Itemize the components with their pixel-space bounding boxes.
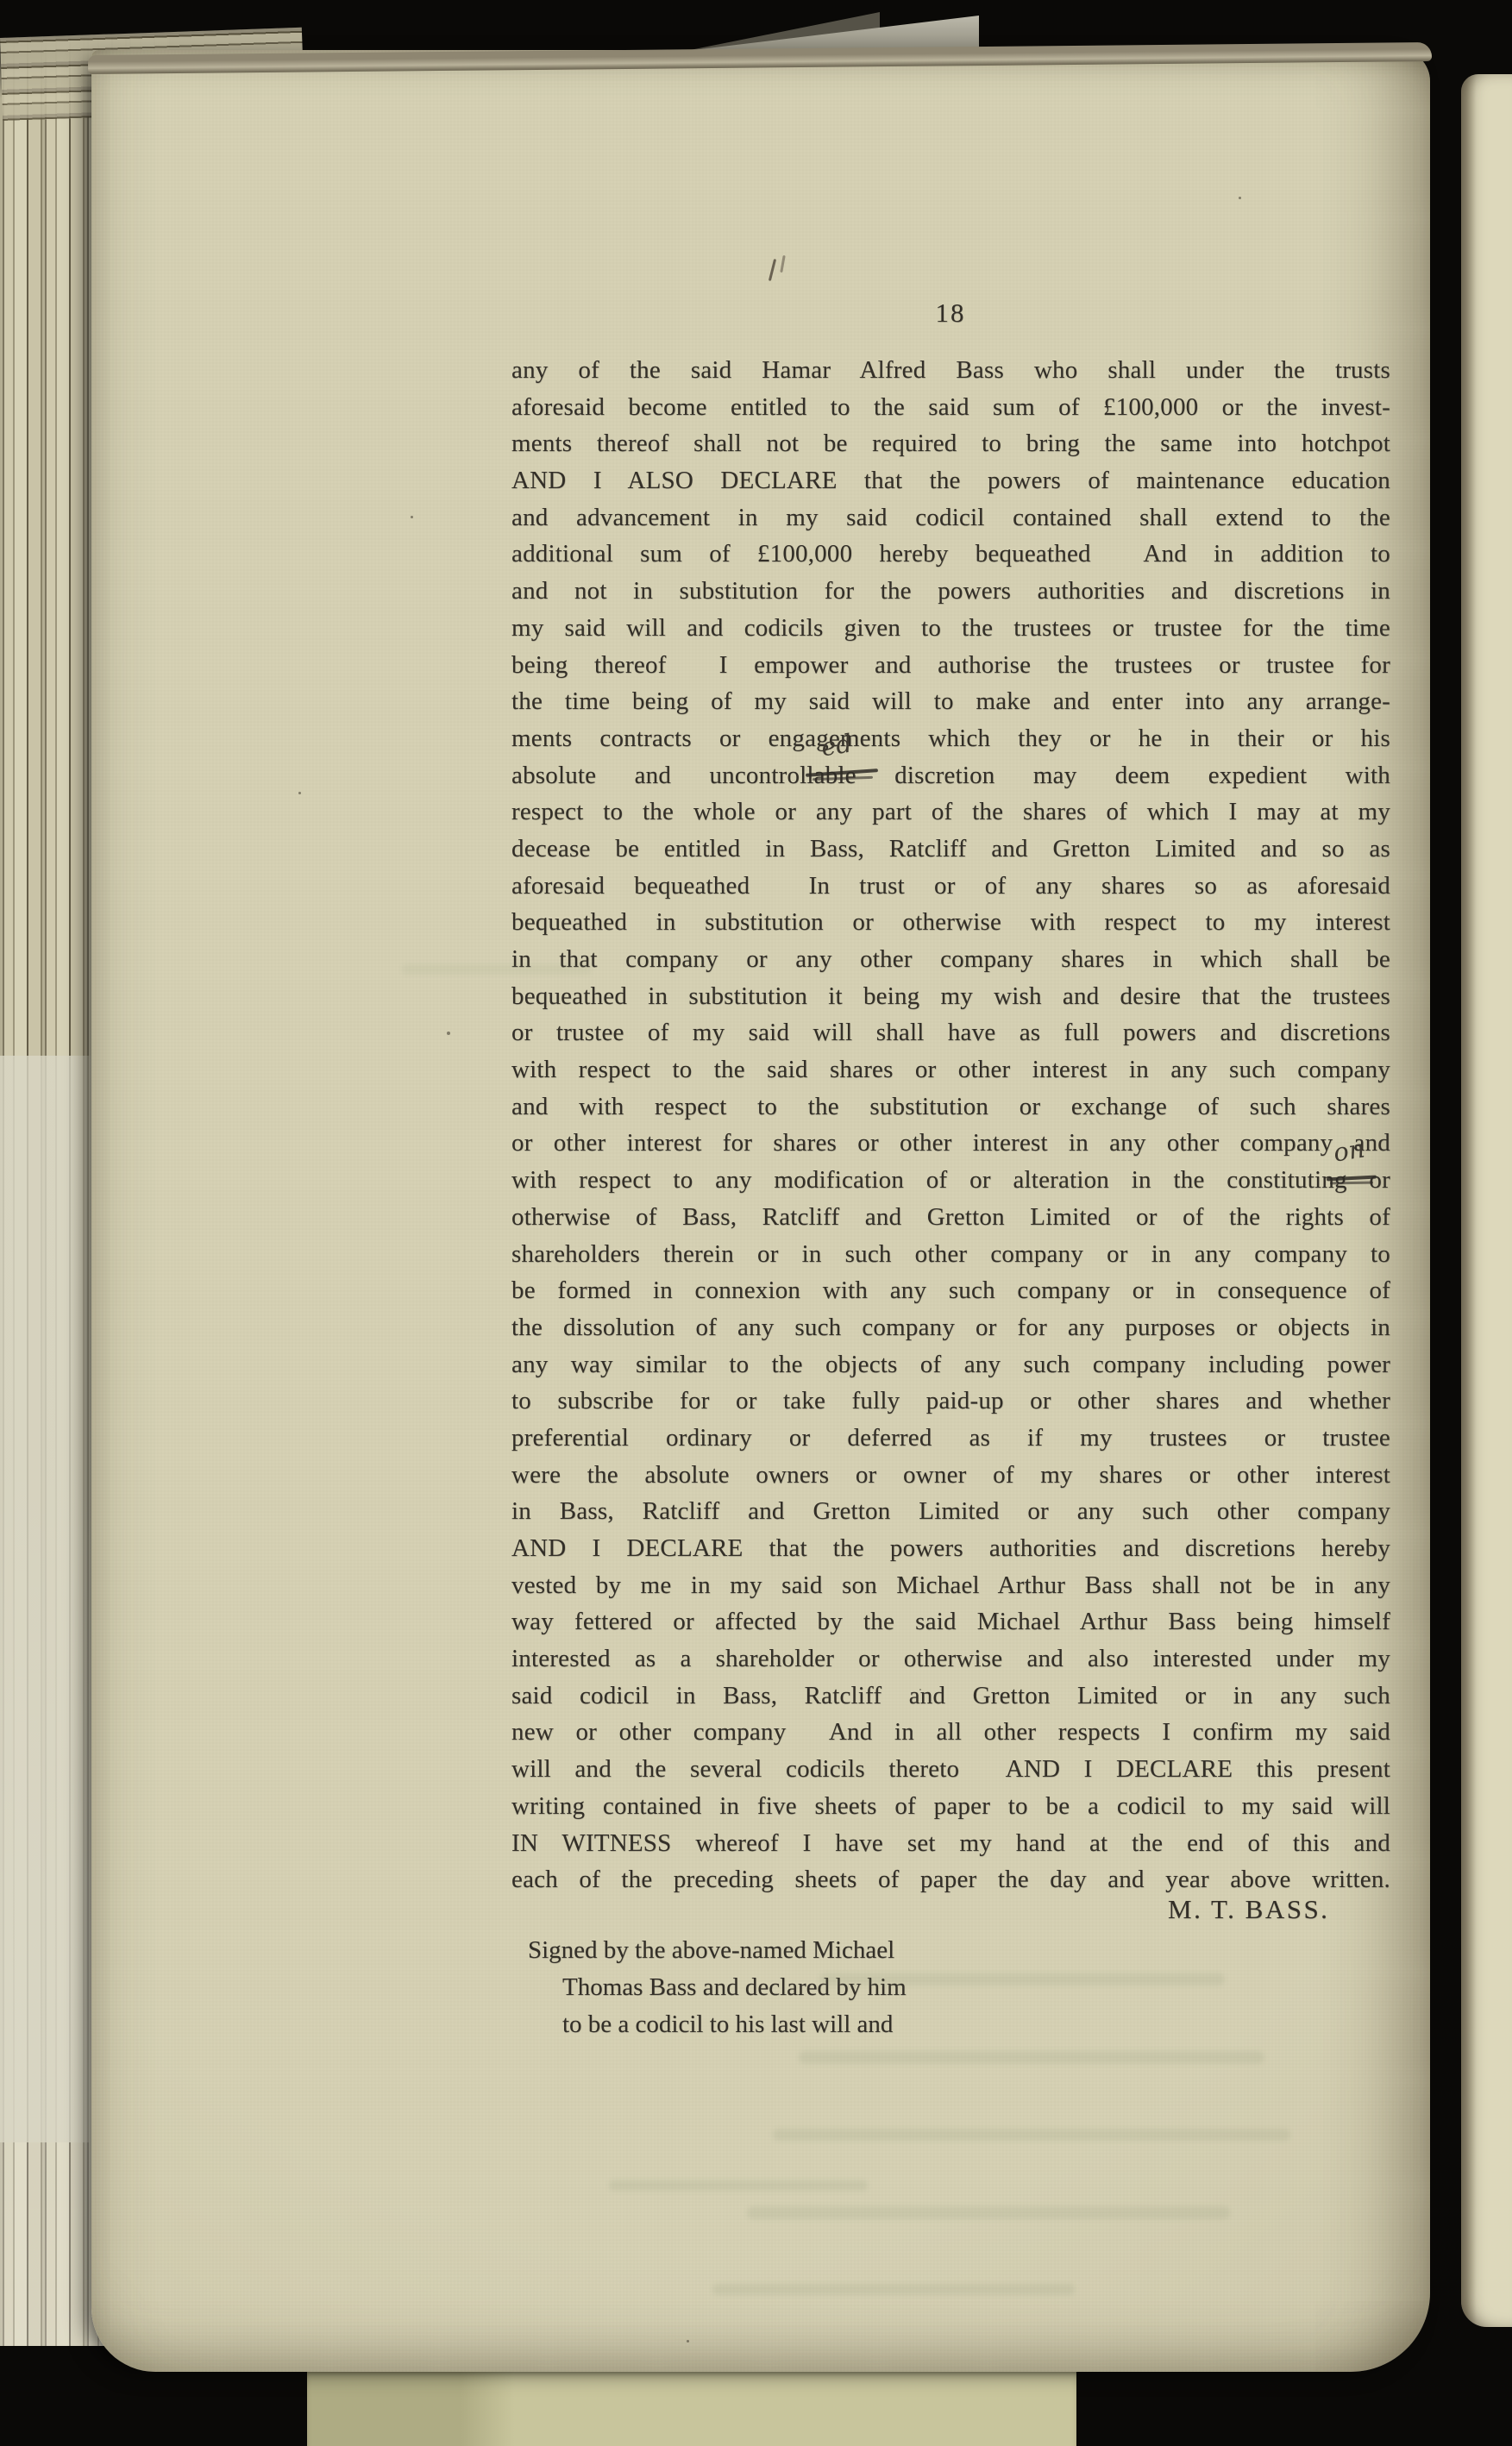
text-line: shareholders therein or in such other co… [511, 1236, 1390, 1273]
text-line: said codicil in Bass, Ratcliff and Grett… [511, 1678, 1390, 1715]
text-line: my said will and codicils given to the t… [511, 610, 1390, 647]
text-line: any way similar to the objects of any su… [511, 1346, 1390, 1383]
ink-bleedthrough [402, 964, 592, 975]
book-page: 18 any of the said Hamar Alfred Bass who… [91, 50, 1430, 2372]
ink-bleedthrough [819, 1973, 1225, 1985]
paper-speck [447, 1032, 450, 1035]
text-line: being thereof I empower and authorise th… [511, 647, 1390, 684]
facing-page-fore-edge [1461, 74, 1512, 2327]
handwritten-correction: ed [819, 731, 854, 760]
text-line: decease be entitled in Bass, Ratcliff an… [511, 831, 1390, 868]
folio-number: 18 [911, 298, 990, 329]
ink-mark [780, 255, 785, 273]
text-line: interested as a shareholder or otherwise… [511, 1640, 1390, 1678]
text-line: with respect to any modification of or a… [511, 1162, 1390, 1199]
text-line: writing contained in five sheets of pape… [511, 1788, 1390, 1825]
text-line: absolute and uncontrollable discretion m… [511, 757, 1390, 794]
text-line: bequeathed in substitution it being my w… [511, 978, 1390, 1015]
paper-speck [687, 2340, 689, 2343]
text-line: AND I DECLARE that the powers authoritie… [511, 1530, 1390, 1567]
scanned-book-photo: { "colors":{ "paper":"#d6d1b4","paper-da… [0, 0, 1512, 2446]
text-line: ments contracts or engagements which the… [511, 720, 1390, 757]
text-line: preferential ordinary or deferred as if … [511, 1420, 1390, 1457]
ink-bleedthrough [712, 2284, 1075, 2295]
paper-speck [411, 516, 413, 518]
text-line: and advancement in my said codicil conta… [511, 499, 1390, 536]
text-line: will and the several codicils thereto AN… [511, 1751, 1390, 1788]
text-line: and with respect to the substitution or … [511, 1088, 1390, 1126]
text-line: or other interest for shares or other in… [511, 1125, 1390, 1162]
handwritten-correction: on [1332, 1136, 1366, 1165]
ink-bleedthrough [609, 2180, 868, 2191]
paper-speck [1239, 197, 1241, 199]
text-line: be formed in connexion with any such com… [511, 1272, 1390, 1309]
ink-mark [769, 259, 776, 281]
text-line: to subscribe for or take fully paid-up o… [511, 1383, 1390, 1420]
text-line: in that company or any other company sha… [511, 941, 1390, 978]
text-line: ments thereof shall not be required to b… [511, 425, 1390, 462]
text-line: bequeathed in substitution or otherwise … [511, 904, 1390, 941]
ink-bleedthrough [747, 2206, 1230, 2219]
text-line: aforesaid become entitled to the said su… [511, 389, 1390, 426]
attestation-line: Signed by the above-named Michael [528, 1932, 907, 1969]
text-line: with respect to the said shares or other… [511, 1051, 1390, 1088]
ink-bleedthrough [799, 2051, 1264, 2064]
text-line: additional sum of £100,000 hereby bequea… [511, 536, 1390, 573]
text-line: AND I ALSO DECLARE that the powers of ma… [511, 462, 1390, 499]
codicil-text-block: any of the said Hamar Alfred Bass who sh… [511, 352, 1390, 1898]
text-line: each of the preceding sheets of paper th… [511, 1861, 1390, 1898]
signature-m-t-bass: M. T. BASS. [1168, 1894, 1366, 1925]
text-line: any of the said Hamar Alfred Bass who sh… [511, 352, 1390, 389]
attestation-clause: Signed by the above-named Michael Thomas… [528, 1932, 907, 2044]
text-line: in Bass, Ratcliff and Gretton Limited or… [511, 1493, 1390, 1530]
text-line: IN WITNESS whereof I have set my hand at… [511, 1825, 1390, 1862]
paper-speck [298, 792, 301, 794]
text-line: were the absolute owners or owner of my … [511, 1457, 1390, 1494]
text-line: respect to the whole or any part of the … [511, 793, 1390, 831]
paper-speck [919, 1689, 921, 1690]
text-line: the dissolution of any such company or f… [511, 1309, 1390, 1346]
book-support-block [307, 2370, 1076, 2446]
text-line: new or other company And in all other re… [511, 1714, 1390, 1751]
text-line: otherwise of Bass, Ratcliff and Gretton … [511, 1199, 1390, 1236]
text-line: vested by me in my said son Michael Arth… [511, 1567, 1390, 1604]
ink-bleedthrough [773, 2129, 1290, 2141]
text-line: or trustee of my said will shall have as… [511, 1014, 1390, 1051]
text-line: the time being of my said will to make a… [511, 683, 1390, 720]
text-line: aforesaid bequeathed In trust or of any … [511, 868, 1390, 905]
text-line: and not in substitution for the powers a… [511, 573, 1390, 610]
text-line: way fettered or affected by the said Mic… [511, 1603, 1390, 1640]
attestation-line: to be a codicil to his last will and [562, 2006, 907, 2043]
